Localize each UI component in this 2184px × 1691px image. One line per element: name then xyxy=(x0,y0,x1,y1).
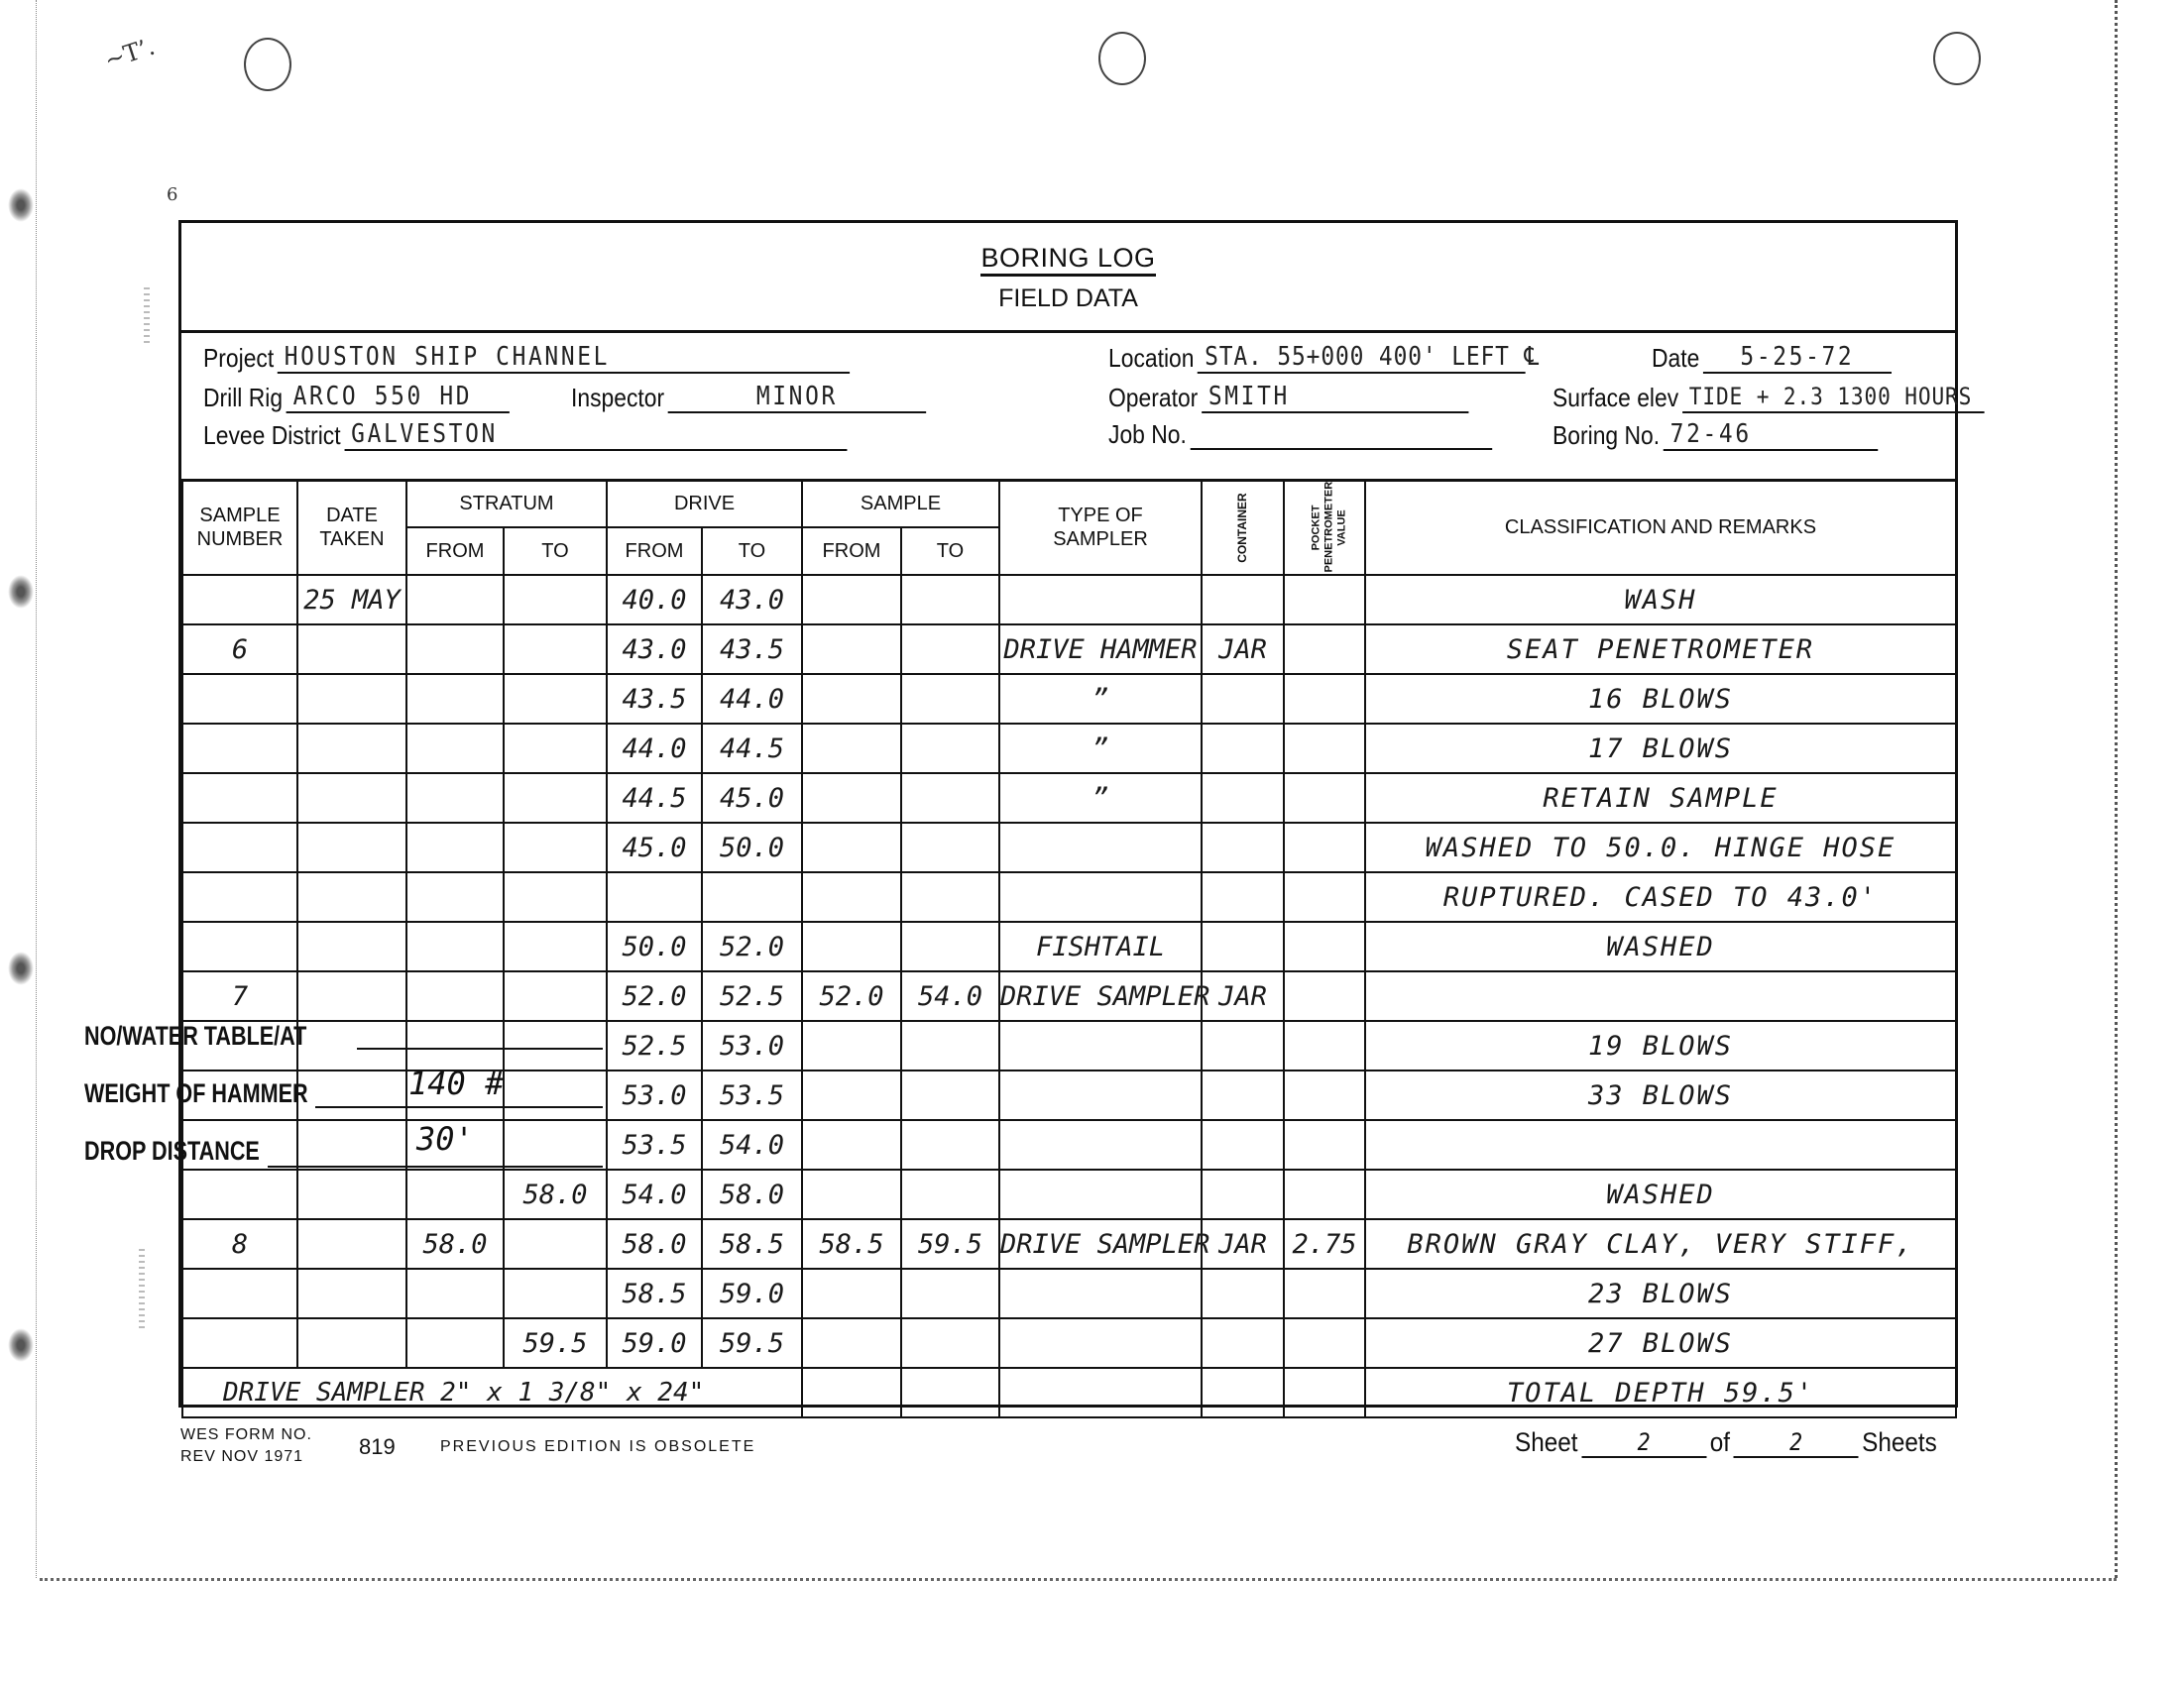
cell-sampler-type[interactable] xyxy=(999,1021,1202,1071)
cell-penetrometer-value[interactable] xyxy=(1284,1269,1365,1318)
cell-remarks[interactable]: WASH xyxy=(1365,575,1956,624)
operator-field: Operator SMITH xyxy=(1108,382,1468,413)
cell-drive-to[interactable] xyxy=(702,872,802,922)
page-right-edge xyxy=(2115,0,2118,1578)
cell-sample-to[interactable] xyxy=(901,575,999,624)
table-row: 643.043.5DRIVE HAMMERJARSEAT PENETROMETE… xyxy=(182,624,1956,674)
cell-drive-to[interactable]: 45.0 xyxy=(702,773,802,823)
cell-sampler-type[interactable]: DRIVE HAMMER xyxy=(999,624,1202,674)
cell-sampler-type[interactable] xyxy=(999,1368,1202,1417)
cell-penetrometer-value[interactable] xyxy=(1284,624,1365,674)
cell-sample-from[interactable] xyxy=(802,1368,901,1417)
page-bottom-edge xyxy=(40,1578,2117,1581)
location-value[interactable]: STA. 55+000 400' LEFT ℄ xyxy=(1198,342,1526,374)
cell-date-taken[interactable]: 25 MAY xyxy=(297,575,406,624)
form-subtitle: FIELD DATA xyxy=(181,284,1955,313)
cell-sample-to[interactable]: 54.0 xyxy=(901,971,999,1021)
binder-mark-icon xyxy=(8,575,34,609)
header-drive-to: TO xyxy=(702,527,802,575)
surface-elev-value[interactable]: TIDE + 2.3 1300 HOURS xyxy=(1682,382,1984,413)
cell-sample-from[interactable] xyxy=(802,922,901,971)
table-row: 752.052.552.054.0DRIVE SAMPLERJAR xyxy=(182,971,1956,1021)
header-sample-number: SAMPLE NUMBER xyxy=(182,480,297,575)
cell-drive-to[interactable]: 43.0 xyxy=(702,575,802,624)
cell-stratum-from[interactable] xyxy=(406,1269,504,1318)
cell-stratum-from[interactable] xyxy=(406,872,504,922)
page-number-mark: 6 xyxy=(167,184,177,205)
inspector-value[interactable]: MINOR xyxy=(668,382,926,413)
cell-remarks[interactable]: 19 BLOWS xyxy=(1365,1021,1956,1071)
cell-date-taken[interactable] xyxy=(297,724,406,773)
binder-mark-icon xyxy=(8,1328,34,1362)
header-container: CONTAINER xyxy=(1202,480,1284,575)
table-row: 25 MAY40.043.0WASH xyxy=(182,575,1956,624)
cell-sample-number[interactable] xyxy=(182,1318,297,1368)
cell-drive-from[interactable]: 54.0 xyxy=(607,1170,702,1219)
cell-stratum-to[interactable] xyxy=(504,922,607,971)
cell-sampler-type[interactable] xyxy=(999,1120,1202,1170)
log-table-container: SAMPLE NUMBER DATE TAKEN STRATUM DRIVE S… xyxy=(181,479,1955,1418)
punch-hole-icon xyxy=(244,38,291,91)
cell-drive-from[interactable]: 52.5 xyxy=(607,1021,702,1071)
cell-stratum-from[interactable] xyxy=(406,922,504,971)
cell-drive-to[interactable]: 53.0 xyxy=(702,1021,802,1071)
cell-drive-to[interactable]: 50.0 xyxy=(702,823,802,872)
cell-remarks[interactable] xyxy=(1365,1120,1956,1170)
cell-sampler-type[interactable]: DRIVE SAMPLER xyxy=(999,971,1202,1021)
cell-sample-to[interactable] xyxy=(901,922,999,971)
cell-container[interactable] xyxy=(1202,1120,1284,1170)
cell-sample-from[interactable] xyxy=(802,1021,901,1071)
scan-noise xyxy=(139,1249,145,1328)
cell-drive-from[interactable]: 50.0 xyxy=(607,922,702,971)
cell-drive-from[interactable] xyxy=(607,872,702,922)
levee-district-value[interactable]: GALVESTON xyxy=(344,419,847,451)
cell-drive-to[interactable]: 58.0 xyxy=(702,1170,802,1219)
cell-date-taken[interactable] xyxy=(297,773,406,823)
cell-stratum-to[interactable]: 58.0 xyxy=(504,1170,607,1219)
table-row: 59.559.059.5 27 BLOWS xyxy=(182,1318,1956,1368)
cell-sample-from[interactable] xyxy=(802,1269,901,1318)
cell-drive-to[interactable]: 59.0 xyxy=(702,1269,802,1318)
project-field: Project HOUSTON SHIP CHANNEL xyxy=(203,342,850,374)
cell-container[interactable] xyxy=(1202,1269,1284,1318)
cell-penetrometer-value[interactable] xyxy=(1284,575,1365,624)
cell-container[interactable] xyxy=(1202,872,1284,922)
cell-sample-number[interactable] xyxy=(182,823,297,872)
cell-drive-from[interactable]: 44.0 xyxy=(607,724,702,773)
cell-drive-from[interactable]: 43.0 xyxy=(607,624,702,674)
cell-sample-number[interactable] xyxy=(182,1170,297,1219)
header-drive-from: FROM xyxy=(607,527,702,575)
drill-rig-value[interactable]: ARCO 550 HD xyxy=(287,382,510,413)
cell-remarks[interactable]: RETAIN SAMPLE xyxy=(1365,773,1956,823)
binder-mark-icon xyxy=(8,952,34,985)
cell-container[interactable] xyxy=(1202,823,1284,872)
cell-drive-sampler-note[interactable]: DRIVE SAMPLER 2" x 1 3/8" x 24" xyxy=(182,1368,802,1417)
cell-drive-from[interactable]: 58.5 xyxy=(607,1269,702,1318)
cell-drive-from[interactable]: 43.5 xyxy=(607,674,702,724)
operator-value[interactable]: SMITH xyxy=(1202,382,1468,413)
cell-sample-number[interactable]: 7 xyxy=(182,971,297,1021)
table-row: 45.050.0WASHED TO 50.0. HINGE HOSE xyxy=(182,823,1956,872)
cell-sample-to[interactable] xyxy=(901,674,999,724)
table-row: 44.044.5”17 BLOWS xyxy=(182,724,1956,773)
table-row: DRIVE SAMPLER 2" x 1 3/8" x 24"TOTAL DEP… xyxy=(182,1368,1956,1417)
table-row: RUPTURED. CASED TO 43.0' xyxy=(182,872,1956,922)
cell-sampler-type[interactable] xyxy=(999,575,1202,624)
cell-container[interactable] xyxy=(1202,1021,1284,1071)
cell-sample-to[interactable] xyxy=(901,773,999,823)
cell-penetrometer-value[interactable]: 2.75 xyxy=(1284,1219,1365,1269)
cell-stratum-from[interactable]: 58.0 xyxy=(406,1219,504,1269)
cell-date-taken[interactable] xyxy=(297,1219,406,1269)
hammer-weight-label: WEIGHT OF HAMMER xyxy=(84,1078,308,1109)
cell-date-taken[interactable] xyxy=(297,1318,406,1368)
header-classification-remarks: CLASSIFICATION AND REMARKS xyxy=(1365,480,1956,575)
cell-sample-from[interactable] xyxy=(802,1120,901,1170)
boring-log-form: BORING LOG FIELD DATA Project HOUSTON SH… xyxy=(178,220,1958,1408)
cell-sample-number[interactable]: 8 xyxy=(182,1219,297,1269)
header-sample-to: TO xyxy=(901,527,999,575)
cell-stratum-to[interactable] xyxy=(504,1219,607,1269)
cell-sampler-type[interactable]: DRIVE SAMPLER xyxy=(999,1219,1202,1269)
cell-sample-to[interactable] xyxy=(901,1071,999,1120)
cell-sample-number[interactable] xyxy=(182,724,297,773)
cell-remarks[interactable] xyxy=(1365,971,1956,1021)
cell-stratum-from[interactable] xyxy=(406,1170,504,1219)
cell-sample-number[interactable] xyxy=(182,674,297,724)
header-pocket-penetrometer: POCKET PENETROMETER VALUE xyxy=(1284,480,1365,575)
cell-drive-to[interactable]: 52.0 xyxy=(702,922,802,971)
cell-remarks[interactable]: 33 BLOWS xyxy=(1365,1071,1956,1120)
cell-stratum-from[interactable] xyxy=(406,773,504,823)
cell-date-taken[interactable] xyxy=(297,674,406,724)
cell-drive-to[interactable]: 53.5 xyxy=(702,1071,802,1120)
header-drive: DRIVE xyxy=(607,480,802,527)
cell-stratum-to[interactable] xyxy=(504,773,607,823)
cell-container[interactable] xyxy=(1202,922,1284,971)
cell-stratum-from[interactable] xyxy=(406,575,504,624)
cell-penetrometer-value[interactable] xyxy=(1284,823,1365,872)
cell-penetrometer-value[interactable] xyxy=(1284,971,1365,1021)
cell-sample-to[interactable] xyxy=(901,1368,999,1417)
corner-mark: ~T’. xyxy=(101,33,159,75)
surface-elev-field: Surface elev TIDE + 2.3 1300 HOURS xyxy=(1552,382,1984,413)
sheet-total[interactable]: 2 xyxy=(1734,1428,1859,1458)
cell-stratum-to[interactable]: 59.5 xyxy=(504,1318,607,1368)
boring-log-table: SAMPLE NUMBER DATE TAKEN STRATUM DRIVE S… xyxy=(181,479,1957,1418)
cell-sample-to[interactable] xyxy=(901,823,999,872)
cell-drive-to[interactable]: 59.5 xyxy=(702,1318,802,1368)
cell-penetrometer-value[interactable] xyxy=(1284,922,1365,971)
drop-distance-label: DROP DISTANCE xyxy=(84,1136,260,1167)
cell-penetrometer-value[interactable] xyxy=(1284,1170,1365,1219)
sheet-counter: Sheet 2 of 2 Sheets xyxy=(1515,1427,1937,1458)
cell-sample-from[interactable] xyxy=(802,674,901,724)
sheet-current[interactable]: 2 xyxy=(1581,1428,1706,1458)
cell-sampler-type[interactable]: ” xyxy=(999,773,1202,823)
header-sample: SAMPLE xyxy=(802,480,999,527)
cell-sample-number[interactable] xyxy=(182,773,297,823)
cell-sample-from[interactable] xyxy=(802,773,901,823)
obsolete-note: PREVIOUS EDITION IS OBSOLETE xyxy=(440,1438,755,1456)
form-number-block: WES FORM NO. REV NOV 1971 xyxy=(180,1424,312,1468)
cell-container[interactable] xyxy=(1202,575,1284,624)
drill-rig-field: Drill Rig ARCO 550 HD xyxy=(203,382,510,413)
cell-stratum-to[interactable] xyxy=(504,971,607,1021)
cell-sample-from[interactable] xyxy=(802,823,901,872)
project-value[interactable]: HOUSTON SHIP CHANNEL xyxy=(278,342,850,374)
cell-sampler-type[interactable] xyxy=(999,1170,1202,1219)
cell-container[interactable]: JAR xyxy=(1202,971,1284,1021)
cell-sample-from[interactable]: 52.0 xyxy=(802,971,901,1021)
cell-container[interactable] xyxy=(1202,1071,1284,1120)
drop-distance-line xyxy=(268,1166,603,1168)
inspector-field: Inspector MINOR xyxy=(571,382,926,413)
cell-drive-to[interactable]: 44.5 xyxy=(702,724,802,773)
header-date-taken: DATE TAKEN xyxy=(297,480,406,575)
table-row: 52.553.019 BLOWS xyxy=(182,1021,1956,1071)
cell-stratum-to[interactable] xyxy=(504,1071,607,1120)
cell-sampler-type[interactable]: ” xyxy=(999,724,1202,773)
water-table-line xyxy=(357,1048,603,1050)
table-row: 58.054.058.0WASHED xyxy=(182,1170,1956,1219)
cell-remarks[interactable]: 16 BLOWS xyxy=(1365,674,1956,724)
cell-sample-from[interactable] xyxy=(802,624,901,674)
form-number: 819 xyxy=(359,1434,396,1460)
boring-no-field: Boring No. 72-46 xyxy=(1552,419,1878,451)
cell-sampler-type[interactable] xyxy=(999,1269,1202,1318)
cell-sampler-type[interactable] xyxy=(999,1318,1202,1368)
cell-penetrometer-value[interactable] xyxy=(1284,773,1365,823)
cell-sampler-type[interactable]: FISHTAIL xyxy=(999,922,1202,971)
cell-penetrometer-value[interactable] xyxy=(1284,674,1365,724)
cell-sample-to[interactable] xyxy=(901,1269,999,1318)
binder-mark-icon xyxy=(8,188,34,222)
cell-sample-from[interactable] xyxy=(802,724,901,773)
cell-penetrometer-value[interactable] xyxy=(1284,1120,1365,1170)
cell-sample-to[interactable] xyxy=(901,872,999,922)
cell-sample-number[interactable] xyxy=(182,872,297,922)
cell-stratum-from[interactable] xyxy=(406,724,504,773)
hammer-weight-value[interactable]: 140 # xyxy=(408,1065,504,1102)
cell-container[interactable] xyxy=(1202,773,1284,823)
cell-stratum-to[interactable] xyxy=(504,575,607,624)
cell-drive-to[interactable]: 58.5 xyxy=(702,1219,802,1269)
cell-date-taken[interactable] xyxy=(297,1170,406,1219)
cell-sampler-type[interactable] xyxy=(999,823,1202,872)
date-value[interactable]: 5-25-72 xyxy=(1703,342,1892,374)
cell-date-taken[interactable] xyxy=(297,624,406,674)
cell-container[interactable] xyxy=(1202,1170,1284,1219)
cell-drive-to[interactable]: 54.0 xyxy=(702,1120,802,1170)
water-table-label: NO/WATER TABLE/AT xyxy=(84,1021,306,1052)
header-type-of-sampler: TYPE OF SAMPLER xyxy=(999,480,1202,575)
table-row: 44.545.0”RETAIN SAMPLE xyxy=(182,773,1956,823)
cell-remarks[interactable]: WASHED xyxy=(1365,922,1956,971)
cell-stratum-to[interactable] xyxy=(504,674,607,724)
job-no-value[interactable] xyxy=(1190,448,1491,450)
cell-penetrometer-value[interactable] xyxy=(1284,724,1365,773)
cell-stratum-to[interactable] xyxy=(504,1021,607,1071)
cell-sample-from[interactable] xyxy=(802,575,901,624)
cell-sample-to[interactable]: 59.5 xyxy=(901,1219,999,1269)
cell-stratum-from[interactable] xyxy=(406,1021,504,1071)
cell-drive-to[interactable]: 44.0 xyxy=(702,674,802,724)
hammer-weight-line xyxy=(315,1106,603,1108)
cell-stratum-to[interactable] xyxy=(504,872,607,922)
cell-stratum-from[interactable] xyxy=(406,823,504,872)
header-stratum-to: TO xyxy=(504,527,607,575)
drop-distance-value[interactable]: 30' xyxy=(416,1120,474,1158)
cell-sample-to[interactable] xyxy=(901,624,999,674)
table-row: 858.058.058.558.559.5DRIVE SAMPLERJAR2.7… xyxy=(182,1219,1956,1269)
cell-stratum-to[interactable] xyxy=(504,1120,607,1170)
log-table-body: 25 MAY40.043.0WASH643.043.5DRIVE HAMMERJ… xyxy=(182,575,1956,1417)
cell-sample-number[interactable] xyxy=(182,575,297,624)
cell-drive-to[interactable]: 52.5 xyxy=(702,971,802,1021)
cell-drive-from[interactable]: 58.0 xyxy=(607,1219,702,1269)
cell-container[interactable] xyxy=(1202,1318,1284,1368)
cell-date-taken[interactable] xyxy=(297,1071,406,1120)
cell-penetrometer-value[interactable] xyxy=(1284,1368,1365,1417)
cell-sample-to[interactable] xyxy=(901,1120,999,1170)
cell-drive-from[interactable]: 53.0 xyxy=(607,1071,702,1120)
cell-drive-from[interactable]: 40.0 xyxy=(607,575,702,624)
cell-sampler-type[interactable]: ” xyxy=(999,674,1202,724)
cell-sample-from[interactable] xyxy=(802,1071,901,1120)
cell-sample-from[interactable] xyxy=(802,1318,901,1368)
cell-remarks[interactable]: SEAT PENETROMETER xyxy=(1365,624,1956,674)
cell-remarks[interactable]: BROWN GRAY CLAY, VERY STIFF, xyxy=(1365,1219,1956,1269)
cell-remarks[interactable]: TOTAL DEPTH 59.5' xyxy=(1365,1368,1956,1417)
cell-stratum-from[interactable] xyxy=(406,1318,504,1368)
cell-sample-from[interactable] xyxy=(802,1170,901,1219)
cell-sample-number[interactable]: 6 xyxy=(182,624,297,674)
cell-sample-to[interactable] xyxy=(901,724,999,773)
cell-sample-from[interactable] xyxy=(802,872,901,922)
cell-drive-from[interactable]: 53.5 xyxy=(607,1120,702,1170)
cell-date-taken[interactable] xyxy=(297,823,406,872)
cell-penetrometer-value[interactable] xyxy=(1284,1021,1365,1071)
boring-no-value[interactable]: 72-46 xyxy=(1664,419,1878,451)
header-fields: Project HOUSTON SHIP CHANNEL Location ST… xyxy=(181,330,1955,482)
cell-container[interactable] xyxy=(1202,724,1284,773)
date-field: Date 5-25-72 xyxy=(1652,342,1892,374)
cell-remarks[interactable]: 27 BLOWS xyxy=(1365,1318,1956,1368)
cell-container[interactable] xyxy=(1202,1368,1284,1417)
cell-date-taken[interactable] xyxy=(297,1120,406,1170)
cell-penetrometer-value[interactable] xyxy=(1284,1071,1365,1120)
cell-remarks[interactable]: WASHED xyxy=(1365,1170,1956,1219)
header-stratum-from: FROM xyxy=(406,527,504,575)
cell-stratum-to[interactable] xyxy=(504,1269,607,1318)
scan-noise xyxy=(144,287,150,347)
cell-penetrometer-value[interactable] xyxy=(1284,1318,1365,1368)
cell-sampler-type[interactable] xyxy=(999,872,1202,922)
levee-district-field: Levee District GALVESTON xyxy=(203,419,847,451)
header-stratum: STRATUM xyxy=(406,480,607,527)
punch-hole-icon xyxy=(1098,32,1146,85)
cell-sampler-type[interactable] xyxy=(999,1071,1202,1120)
cell-date-taken[interactable] xyxy=(297,922,406,971)
cell-remarks[interactable]: RUPTURED. CASED TO 43.0' xyxy=(1365,872,1956,922)
cell-container[interactable] xyxy=(1202,674,1284,724)
cell-date-taken[interactable] xyxy=(297,1021,406,1071)
cell-stratum-from[interactable] xyxy=(406,674,504,724)
cell-drive-from[interactable]: 52.0 xyxy=(607,971,702,1021)
cell-remarks[interactable]: WASHED TO 50.0. HINGE HOSE xyxy=(1365,823,1956,872)
cell-sample-from[interactable]: 58.5 xyxy=(802,1219,901,1269)
page-left-edge xyxy=(36,0,37,1578)
cell-sample-number[interactable] xyxy=(182,1269,297,1318)
cell-date-taken[interactable] xyxy=(297,872,406,922)
table-row: 50.052.0FISHTAILWASHED xyxy=(182,922,1956,971)
cell-stratum-to[interactable] xyxy=(504,724,607,773)
cell-drive-from[interactable]: 59.0 xyxy=(607,1318,702,1368)
table-row: 58.559.0 23 BLOWS xyxy=(182,1269,1956,1318)
cell-container[interactable]: JAR xyxy=(1202,624,1284,674)
cell-date-taken[interactable] xyxy=(297,971,406,1021)
header-sample-from: FROM xyxy=(802,527,901,575)
cell-sample-number[interactable] xyxy=(182,922,297,971)
cell-stratum-from[interactable] xyxy=(406,624,504,674)
cell-sample-to[interactable] xyxy=(901,1318,999,1368)
cell-stratum-to[interactable] xyxy=(504,624,607,674)
job-no-field: Job No. xyxy=(1108,419,1492,450)
form-title: BORING LOG xyxy=(181,243,1955,274)
cell-remarks[interactable]: 23 BLOWS xyxy=(1365,1269,1956,1318)
cell-container[interactable]: JAR xyxy=(1202,1219,1284,1269)
form-title-block: BORING LOG FIELD DATA xyxy=(181,223,1955,333)
cell-drive-from[interactable]: 45.0 xyxy=(607,823,702,872)
table-row: 43.544.0”16 BLOWS xyxy=(182,674,1956,724)
cell-remarks[interactable]: 17 BLOWS xyxy=(1365,724,1956,773)
cell-drive-from[interactable]: 44.5 xyxy=(607,773,702,823)
cell-sample-to[interactable] xyxy=(901,1021,999,1071)
location-field: Location STA. 55+000 400' LEFT ℄ xyxy=(1108,342,1526,374)
cell-penetrometer-value[interactable] xyxy=(1284,872,1365,922)
cell-date-taken[interactable] xyxy=(297,1269,406,1318)
punch-hole-icon xyxy=(1933,32,1981,85)
cell-sample-to[interactable] xyxy=(901,1170,999,1219)
cell-stratum-from[interactable] xyxy=(406,971,504,1021)
cell-stratum-to[interactable] xyxy=(504,823,607,872)
cell-drive-to[interactable]: 43.5 xyxy=(702,624,802,674)
